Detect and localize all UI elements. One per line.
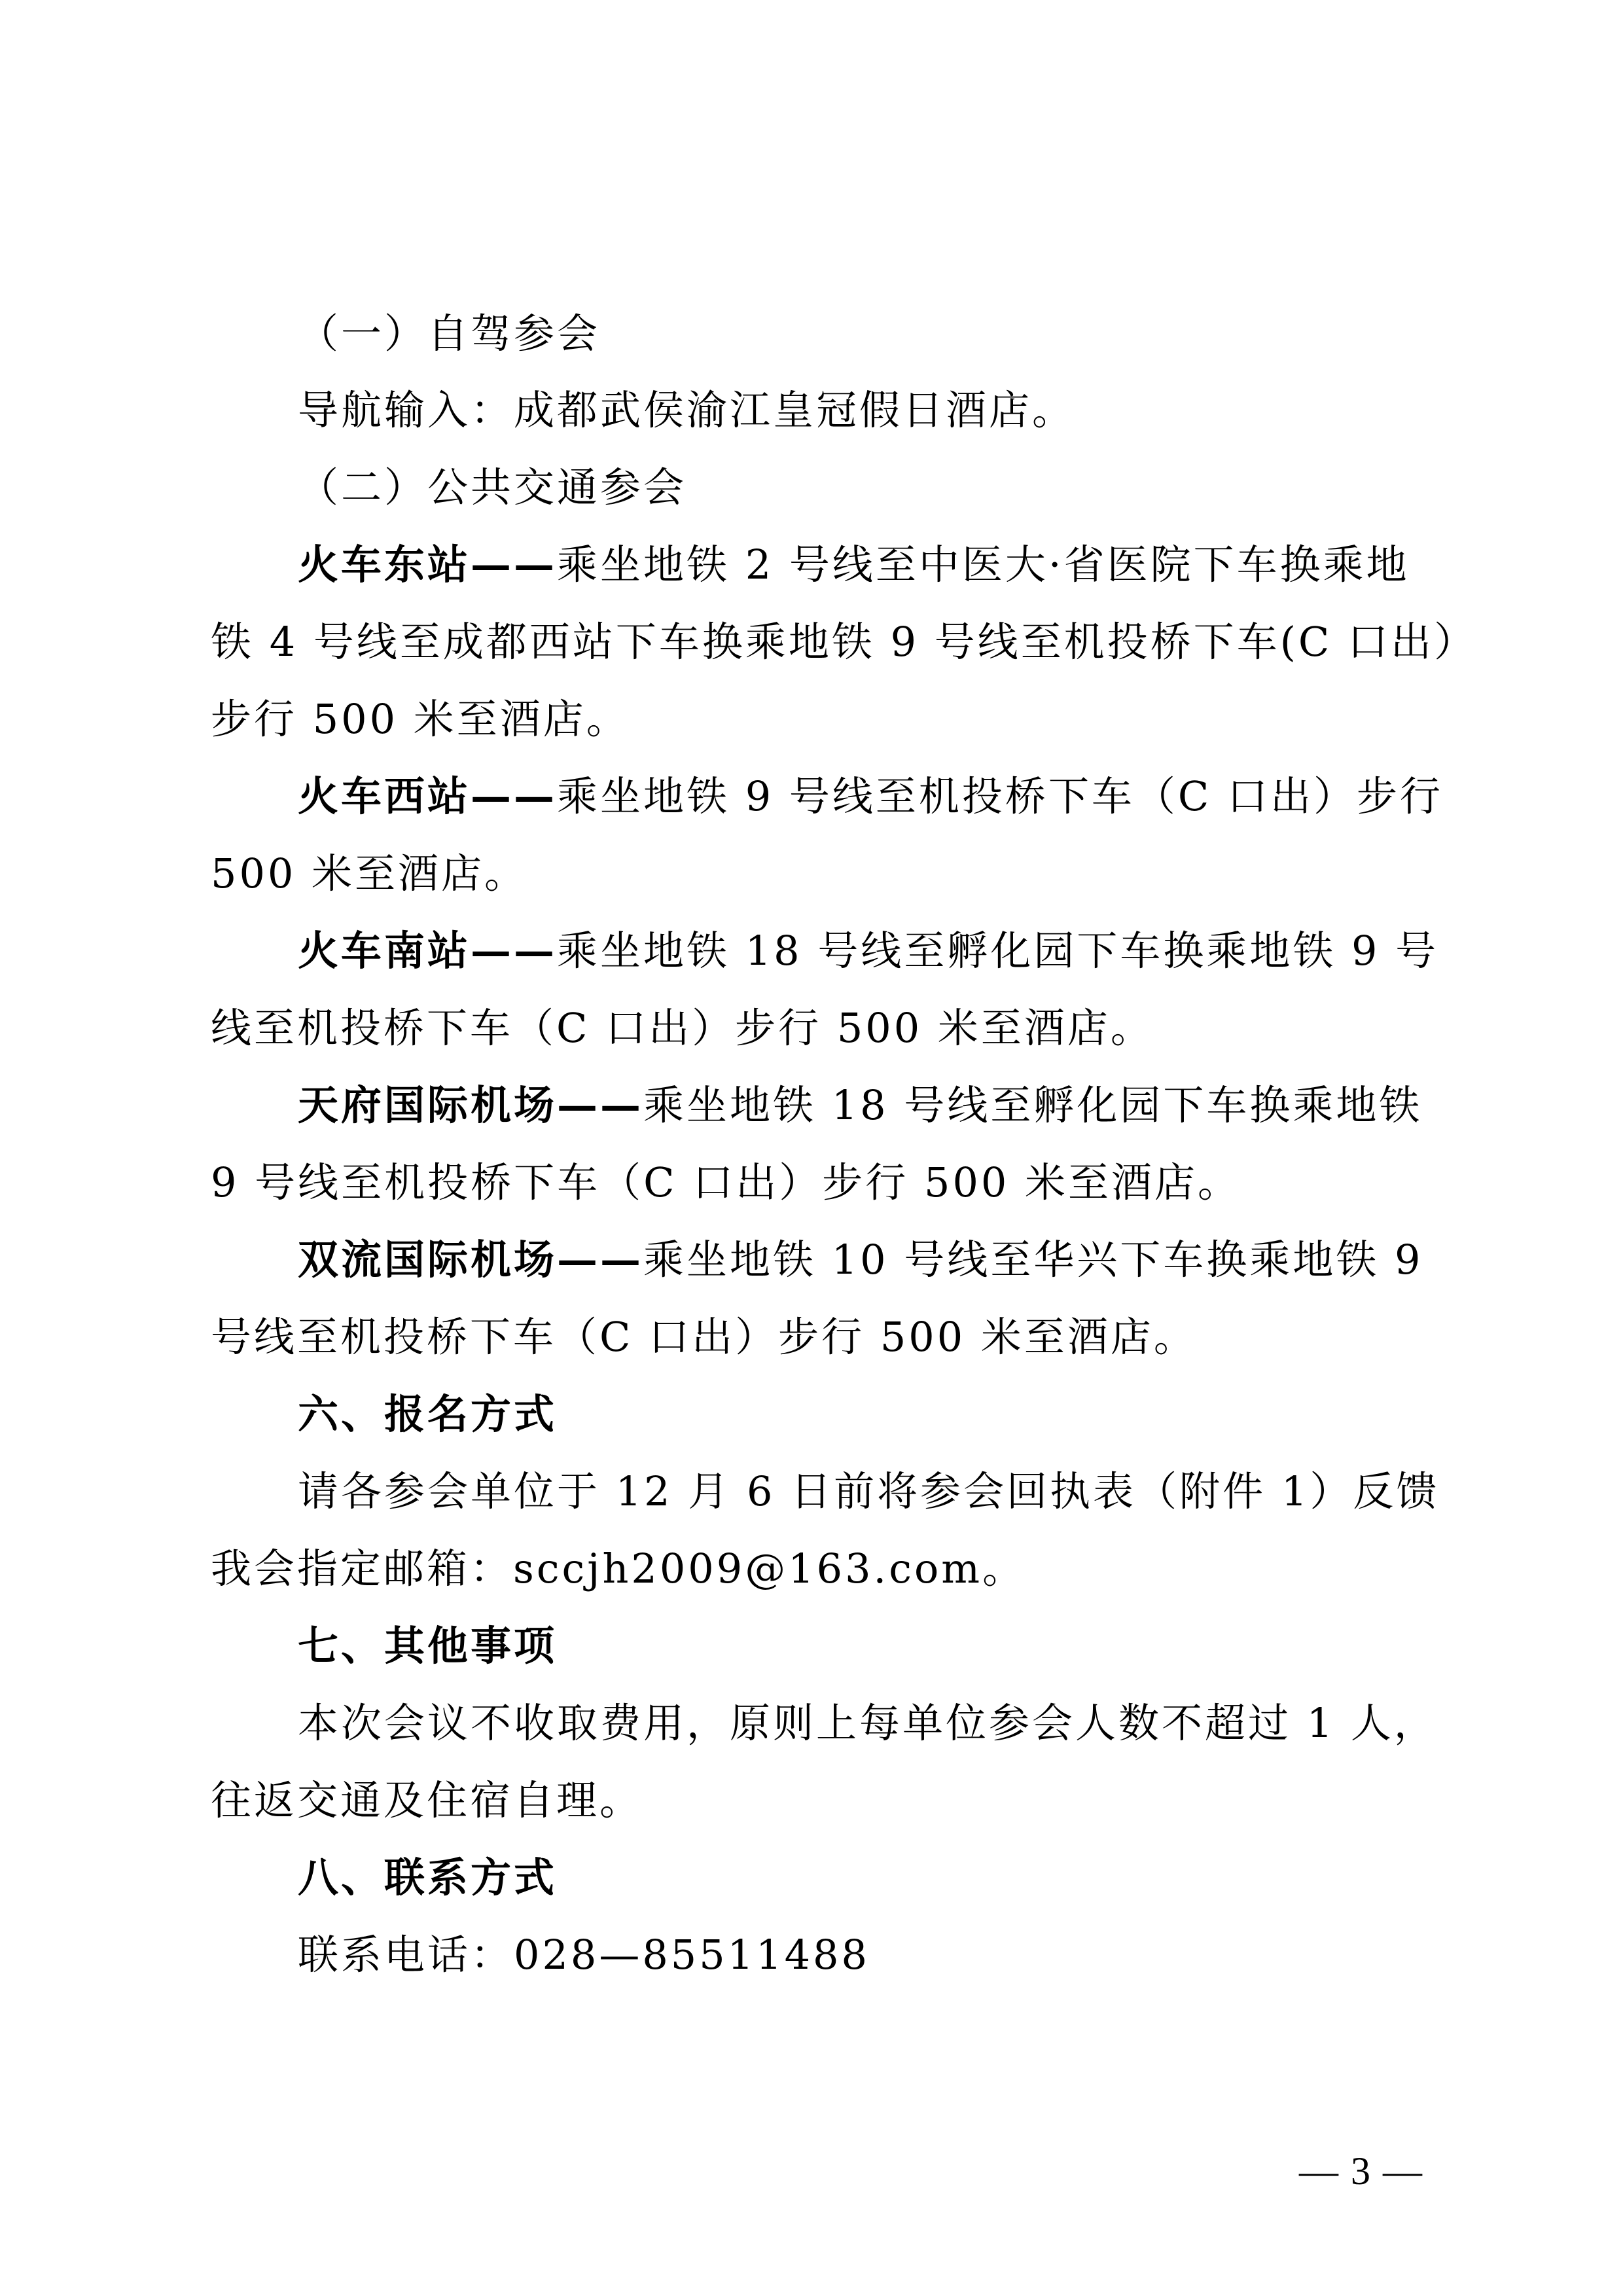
route-text: 乘坐地铁 10 号线至华兴下车换乘地铁 9 (643, 1236, 1423, 1283)
paragraph-line: 步行 500 米至酒店。 (211, 693, 630, 745)
paragraph-line: 9 号线至机投桥下车（C 口出）步行 500 米至酒店。 (211, 1157, 1241, 1209)
heading-public-transport: （二）公共交通参会 (298, 461, 687, 514)
route-east-station: 火车东站——乘坐地铁 2 号线至中医大·省医院下车换乘地 (298, 539, 1410, 591)
registration-email-line: 我会指定邮箱：sccjh2009@163.com。 (211, 1543, 1026, 1595)
heading-registration: 六、报名方式 (298, 1388, 557, 1441)
route-text: 乘坐地铁 18 号线至孵化园下车换乘地铁 9 号 (557, 927, 1438, 975)
route-origin-label: 天府国际机场—— (298, 1081, 643, 1129)
route-origin-label: 火车南站—— (298, 927, 557, 975)
paragraph-line: 线至机投桥下车（C 口出）步行 500 米至酒店。 (211, 1002, 1154, 1054)
route-tianfu-airport: 天府国际机场——乘坐地铁 18 号线至孵化园下车换乘地铁 (298, 1079, 1422, 1132)
other-matters-body: 本次会议不收取费用，原则上每单位参会人数不超过 1 人， (298, 1697, 1437, 1749)
contact-phone: 联系电话：028—85511488 (298, 1929, 870, 1981)
route-south-station: 火车南站——乘坐地铁 18 号线至孵化园下车换乘地铁 9 号 (298, 925, 1438, 977)
route-text: 乘坐地铁 2 号线至中医大·省医院下车换乘地 (557, 541, 1410, 588)
route-west-station: 火车西站——乘坐地铁 9 号线至机投桥下车（C 口出）步行 (298, 770, 1443, 823)
registration-body: 请各参会单位于 12 月 6 日前将参会回执表（附件 1）反馈 (298, 1465, 1439, 1518)
paragraph-line: 往返交通及住宿自理。 (211, 1774, 643, 1827)
paragraph-line: 铁 4 号线至成都西站下车换乘地铁 9 号线至机投桥下车(C 口出） (211, 616, 1477, 668)
paragraph-line: 号线至机投桥下车（C 口出）步行 500 米至酒店。 (211, 1311, 1197, 1363)
route-text: 乘坐地铁 9 号线至机投桥下车（C 口出）步行 (557, 772, 1443, 820)
route-origin-label: 火车西站—— (298, 772, 557, 820)
paragraph-line: 500 米至酒店。 (211, 848, 527, 900)
navigation-address: 导航输入：成都武侯渝江皇冠假日酒店。 (298, 384, 1075, 437)
heading-contact: 八、联系方式 (298, 1852, 557, 1904)
route-origin-label: 双流国际机场—— (298, 1236, 643, 1283)
route-origin-label: 火车东站—— (298, 541, 557, 588)
heading-other-matters: 七、其他事项 (298, 1620, 557, 1672)
heading-self-drive: （一）自驾参会 (298, 308, 600, 360)
route-shuangliu-airport: 双流国际机场——乘坐地铁 10 号线至华兴下车换乘地铁 9 (298, 1234, 1423, 1286)
page-number: — 3 — (1299, 2148, 1423, 2194)
route-text: 乘坐地铁 18 号线至孵化园下车换乘地铁 (643, 1081, 1422, 1129)
